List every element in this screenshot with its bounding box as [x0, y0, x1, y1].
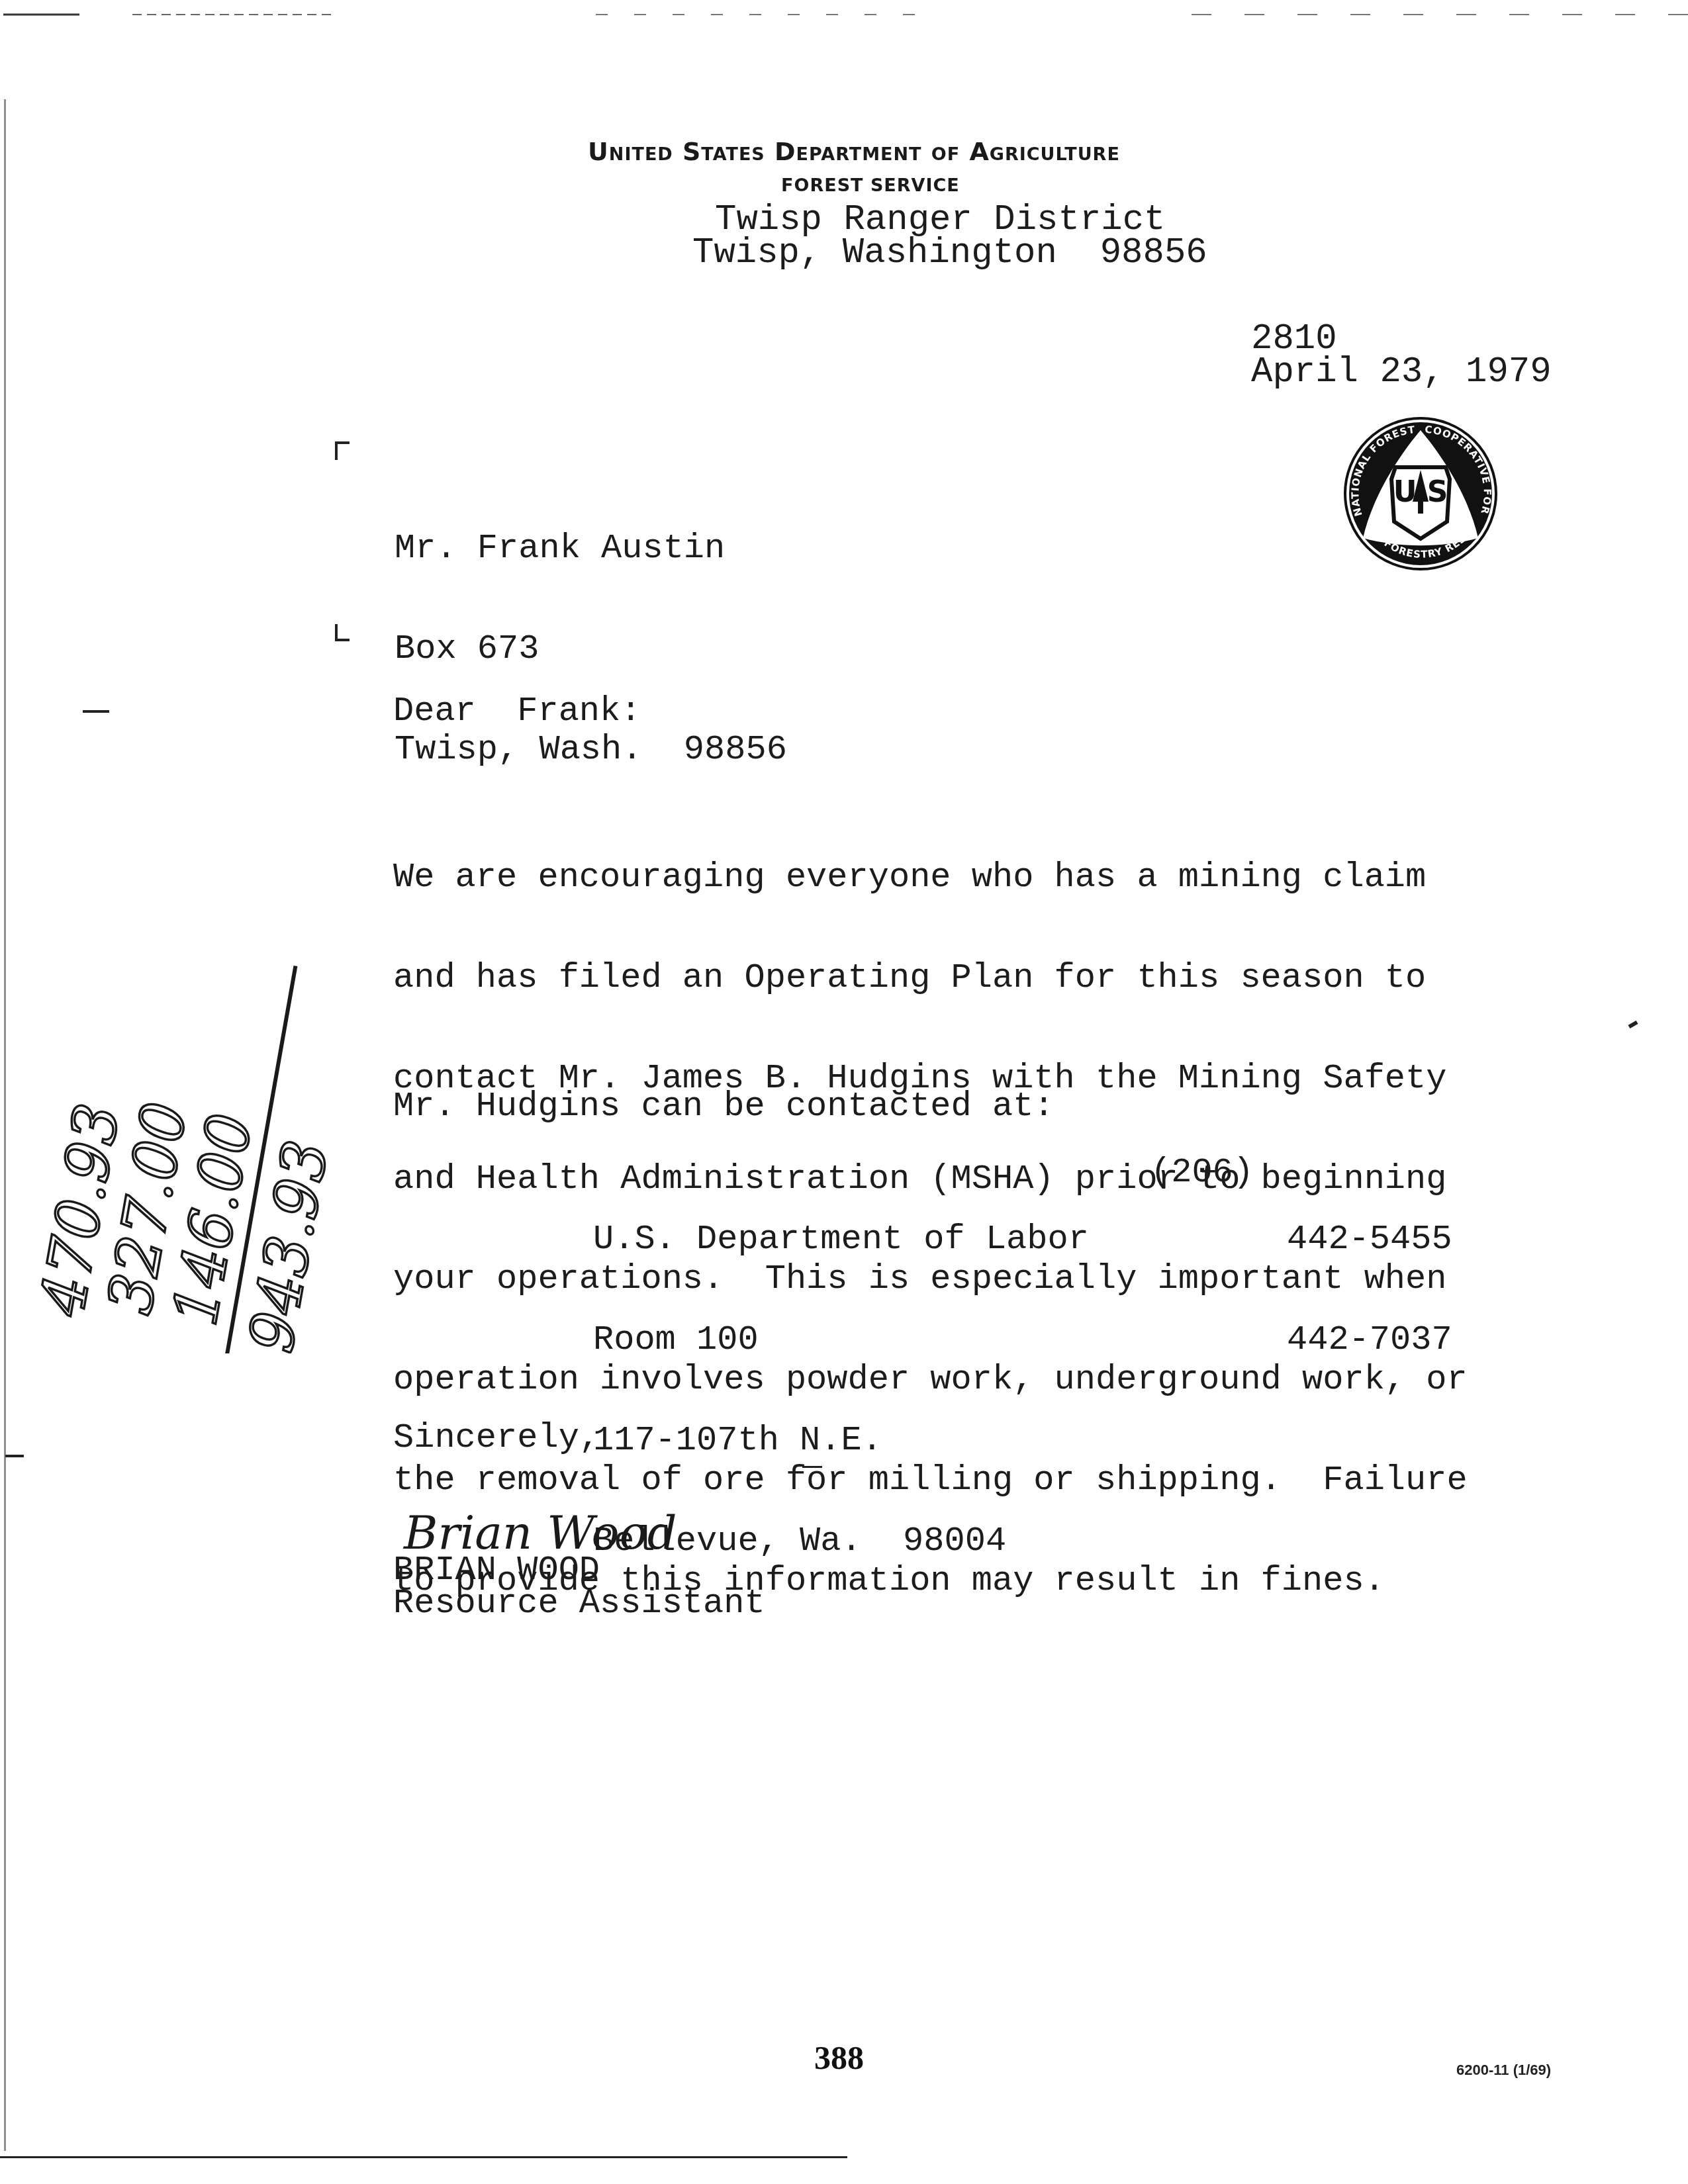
recipient-name: Mr. Frank Austin — [395, 532, 787, 566]
body-line: and has filed an Operating Plan for this… — [393, 962, 1468, 995]
contact-line: 117-107th N.E. — [593, 1424, 1089, 1458]
scan-speck — [83, 710, 109, 713]
letter-date: April 23, 1979 — [1251, 356, 1552, 390]
letter-page: United States Department of Agriculture … — [0, 0, 1688, 2184]
file-code: 2810 — [1251, 323, 1337, 357]
scan-speck — [802, 1466, 822, 1468]
letterhead-agency: United States Department of Agriculture — [588, 137, 1120, 166]
scan-speck — [1628, 1021, 1638, 1028]
signer-name: BRIAN WOOD — [393, 1554, 600, 1588]
phone-area-code: (206) — [1150, 1156, 1254, 1190]
forest-service-seal-icon: U S NATIONAL FOREST SYSTEM COOPERATIVE F… — [1342, 416, 1499, 572]
contact-line: U.S. Department of Labor — [593, 1223, 1089, 1257]
scan-bottom-edge — [0, 2156, 847, 2158]
handwritten-sum: 470.93 327.00 146.00 943.93 — [33, 897, 377, 1353]
contact-intro: Mr. Hudgins can be contacted at: — [393, 1090, 1055, 1124]
phone-number: 442-5455 — [1287, 1223, 1452, 1257]
address-window-corner-top — [335, 441, 350, 460]
scan-top-edge — [0, 13, 1688, 16]
body-line: We are encouraging everyone who has a mi… — [393, 861, 1468, 895]
letterhead-location: Twisp, Washington 98856 — [692, 237, 1207, 271]
letterhead-district: Twisp Ranger District — [715, 204, 1166, 238]
phone-number: 442-7037 — [1287, 1324, 1452, 1357]
valediction: Sincerely, — [393, 1422, 600, 1455]
phone-numbers: 442-5455 442-7037 — [1287, 1156, 1452, 1424]
recipient-city: Twisp, Wash. 98856 — [395, 733, 787, 767]
salutation: Dear Frank: — [393, 695, 641, 729]
scan-left-edge — [4, 99, 6, 2151]
form-number: 6200-11 (1/69) — [1456, 2062, 1551, 2079]
recipient-address: Mr. Frank Austin Box 673 Twisp, Wash. 98… — [395, 465, 787, 834]
page-number: 388 — [814, 2038, 864, 2077]
address-window-corner-bottom — [335, 624, 350, 641]
recipient-box: Box 673 — [395, 633, 787, 666]
contact-line: Room 100 — [593, 1324, 1089, 1357]
signer-title: Resource Assistant — [393, 1587, 765, 1621]
letterhead-service: Forest Service — [781, 175, 960, 196]
scan-speck — [5, 1455, 24, 1457]
